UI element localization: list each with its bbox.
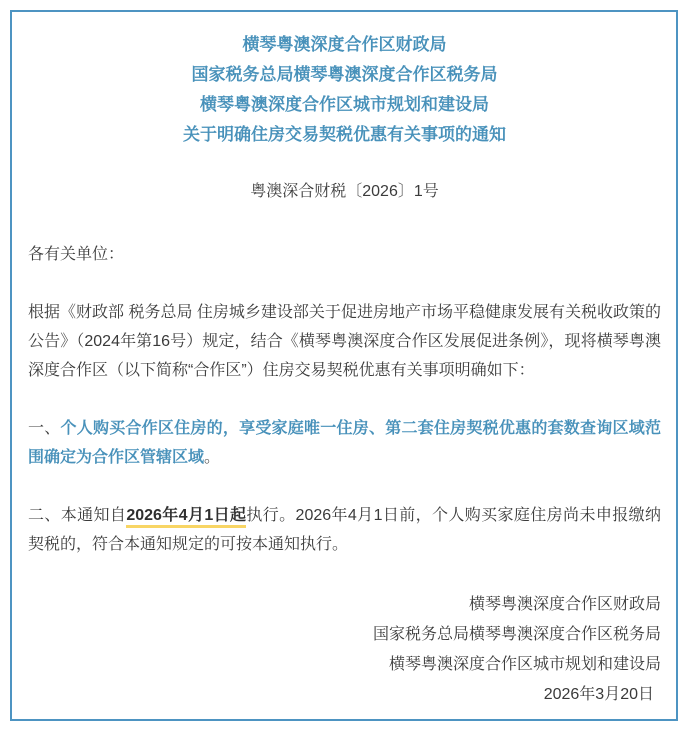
intro-paragraph: 根据《财政部 税务总局 住房城乡建设部关于促进房地产市场平稳健康发展有关税收政策…: [28, 298, 661, 385]
document-content: 横琴粤澳深度合作区财政局 国家税务总局横琴粤澳深度合作区税务局 横琴粤澳深度合作…: [12, 12, 676, 710]
signature-agency-3: 横琴粤澳深度合作区城市规划和建设局: [28, 650, 661, 680]
notice-document: 横琴粤澳深度合作区财政局 国家税务总局横琴粤澳深度合作区税务局 横琴粤澳深度合作…: [10, 10, 678, 721]
issuing-agency-line-3: 横琴粤澳深度合作区城市规划和建设局: [28, 90, 661, 120]
item-2-paragraph: 二、本通知自2026年4月1日起执行。2026年4月1日前，个人购买家庭住房尚未…: [28, 501, 661, 559]
issuing-agency-line-2: 国家税务总局横琴粤澳深度合作区税务局: [28, 60, 661, 90]
signature-agency-2: 国家税务总局横琴粤澳深度合作区税务局: [28, 620, 661, 650]
salutation: 各有关单位：: [28, 240, 661, 269]
notice-title: 关于明确住房交易契税优惠有关事项的通知: [28, 120, 661, 150]
item-2-effective-date: 2026年4月1日起: [126, 507, 246, 528]
document-number: 粤澳深合财税〔2026〕1号: [28, 177, 661, 206]
signature-block: 横琴粤澳深度合作区财政局 国家税务总局横琴粤澳深度合作区税务局 横琴粤澳深度合作…: [28, 590, 661, 710]
signature-agency-1: 横琴粤澳深度合作区财政局: [28, 590, 661, 620]
item-1-highlighted-text: 个人购买合作区住房的，享受家庭唯一住房、第二套住房契税优惠的套数查询区域范围确定…: [28, 420, 661, 466]
item-1-period: 。: [204, 449, 220, 466]
item-1-paragraph: 一、个人购买合作区住房的，享受家庭唯一住房、第二套住房契税优惠的套数查询区域范围…: [28, 414, 661, 472]
issuing-agency-line-1: 横琴粤澳深度合作区财政局: [28, 30, 661, 60]
item-2-text-before-date: 二、本通知自: [28, 507, 126, 524]
item-1-number: 一、: [28, 420, 60, 437]
document-header: 横琴粤澳深度合作区财政局 国家税务总局横琴粤澳深度合作区税务局 横琴粤澳深度合作…: [28, 30, 661, 150]
issue-date: 2026年3月20日: [28, 680, 654, 710]
